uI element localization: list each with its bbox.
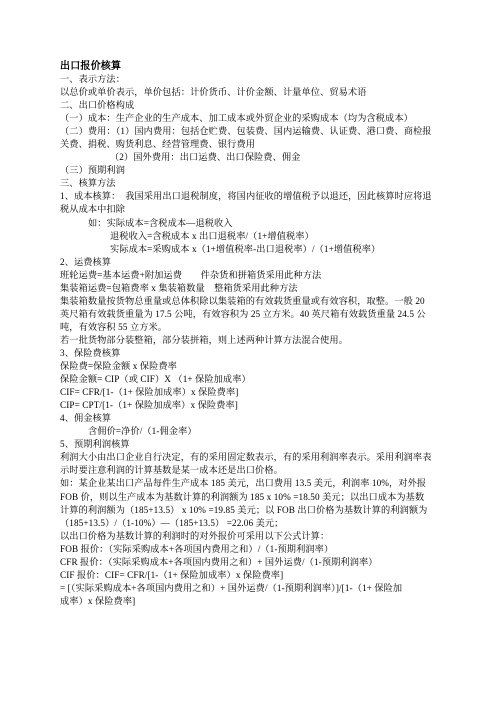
text-line: 保险费=保险金额 x 保险费率 [60,360,442,373]
text-line: 如：某企业某出口产品每件生产成本 185 美元，出口费用 13.5 美元，利润率… [60,477,442,490]
text-line: （185+13.5）/（1-10%）—（185+13.5） =22.06 美元； [60,517,442,530]
text-line: 以总价或单价表示，单价包括：计价货币、计价金额、计量单位、贸易术语 [60,86,442,99]
text-line: 若一批货物部分装整箱，部分装拼箱，则上述两种计算方法混合使用。 [60,334,442,347]
text-line: 计算的利润额为（185+13.5） x 10% =19.85 美元；以 FOB … [60,504,442,517]
text-line: （一）成本：生产企业的生产成本、加工成本或外贸企业的采购成本（均为含税成本） [60,112,442,125]
text-line: 如：实际成本=含税成本—退税收入 [60,217,442,230]
text-line: 班轮运费=基本运费+附加运费 件杂货和拼箱货采用此种方法 [60,269,442,282]
text-line: 示时要注意利润的计算基数是某一成本还是出口价格。 [60,464,442,477]
text-line: 集装箱运费=包箱费率 x 集装箱数量 整箱货采用此种方法 [60,282,442,295]
text-line: 税从成本中扣除 [60,203,442,216]
text-line: （2）国外费用：出口运费、出口保险费、佣金 [60,151,442,164]
text-line: 含佣价=净价/（1-佣金率） [60,425,442,438]
text-line: 一、表示方法： [60,73,442,86]
text-line: 保险金额= CIP（或 CIF）X （1+ 保险加成率） [60,373,442,386]
text-line: CIF= CFR/[1-（1+ 保险加成率）x 保险费率] [60,386,442,399]
text-line: 2、运费核算 [60,256,442,269]
text-line: 二、出口价格构成 [60,99,442,112]
text-line: 三、核算方法 [60,177,442,190]
text-line: 1、成本核算： 我国采用出口退税制度，将国内征收的增值税予以退还，因此核算时应将… [60,190,442,203]
text-line: （二）费用：（1）国内费用：包括仓贮费、包装费、国内运输费、认证费、港口费、商检… [60,125,442,138]
text-line: 利润大小由出口企业自行决定，有的采用固定数表示，有的采用利润率表示。采用利润率表 [60,451,442,464]
text-line: FOB 价，则以生产成本为基数计算的利润额为 185 x 10% =18.50 … [60,491,442,504]
text-line: = [（实际采购成本+各项国内费用之和）+ 国外运费/（1-预期利润率）]/[1… [60,582,442,595]
text-line: 吨，有效容积 55 立方米。 [60,321,442,334]
text-line: 3、保险费核算 [60,347,442,360]
text-line: 4、佣金核算 [60,412,442,425]
text-line: 成率）x 保险费率] [60,595,442,608]
text-line: 5、预期利润核算 [60,438,442,451]
text-line: 以出口价格为基数计算的利润时的对外报价可采用以下公式计算： [60,530,442,543]
document-page: 出口报价核算 一、表示方法：以总价或单价表示，单价包括：计价货币、计价金额、计量… [0,0,496,702]
document-body: 一、表示方法：以总价或单价表示，单价包括：计价货币、计价金额、计量单位、贸易术语… [60,73,442,608]
text-line: 英尺箱有效载货重量为 17.5 公吨，有效容积为 25 立方米。40 英尺箱有效… [60,308,442,321]
text-line: CIF 报价：CIF= CFR/[1-（1+ 保险加成率）x 保险费率] [60,569,442,582]
text-line: CFR 报价：（实际采购成本+各项国内费用之和）+ 国外运费/（1-预期利润率） [60,556,442,569]
text-line: CIP= CPT/[1-（1+ 保险加成率）x 保险费率] [60,399,442,412]
text-line: FOB 报价：（实际采购成本+各项国内费用之和）/（1-预期利润率） [60,543,442,556]
text-line: 退税收入=含税成本 x 出口退税率/（1+增值税率） [60,230,442,243]
text-line: 集装箱数量按货物总重量或总体积除以集装箱的有效载货重量或有效容积，取整。一般 2… [60,295,442,308]
text-line: （三）预期利润 [60,164,442,177]
text-line: 实际成本=采购成本 x（1+增值税率-出口退税率）/（1+增值税率） [60,243,442,256]
document-content: 出口报价核算 一、表示方法：以总价或单价表示，单价包括：计价货币、计价金额、计量… [60,60,442,608]
document-title: 出口报价核算 [60,60,442,73]
text-line: 关费、捐税、购货利息、经营管理费、银行费用 [60,138,442,151]
